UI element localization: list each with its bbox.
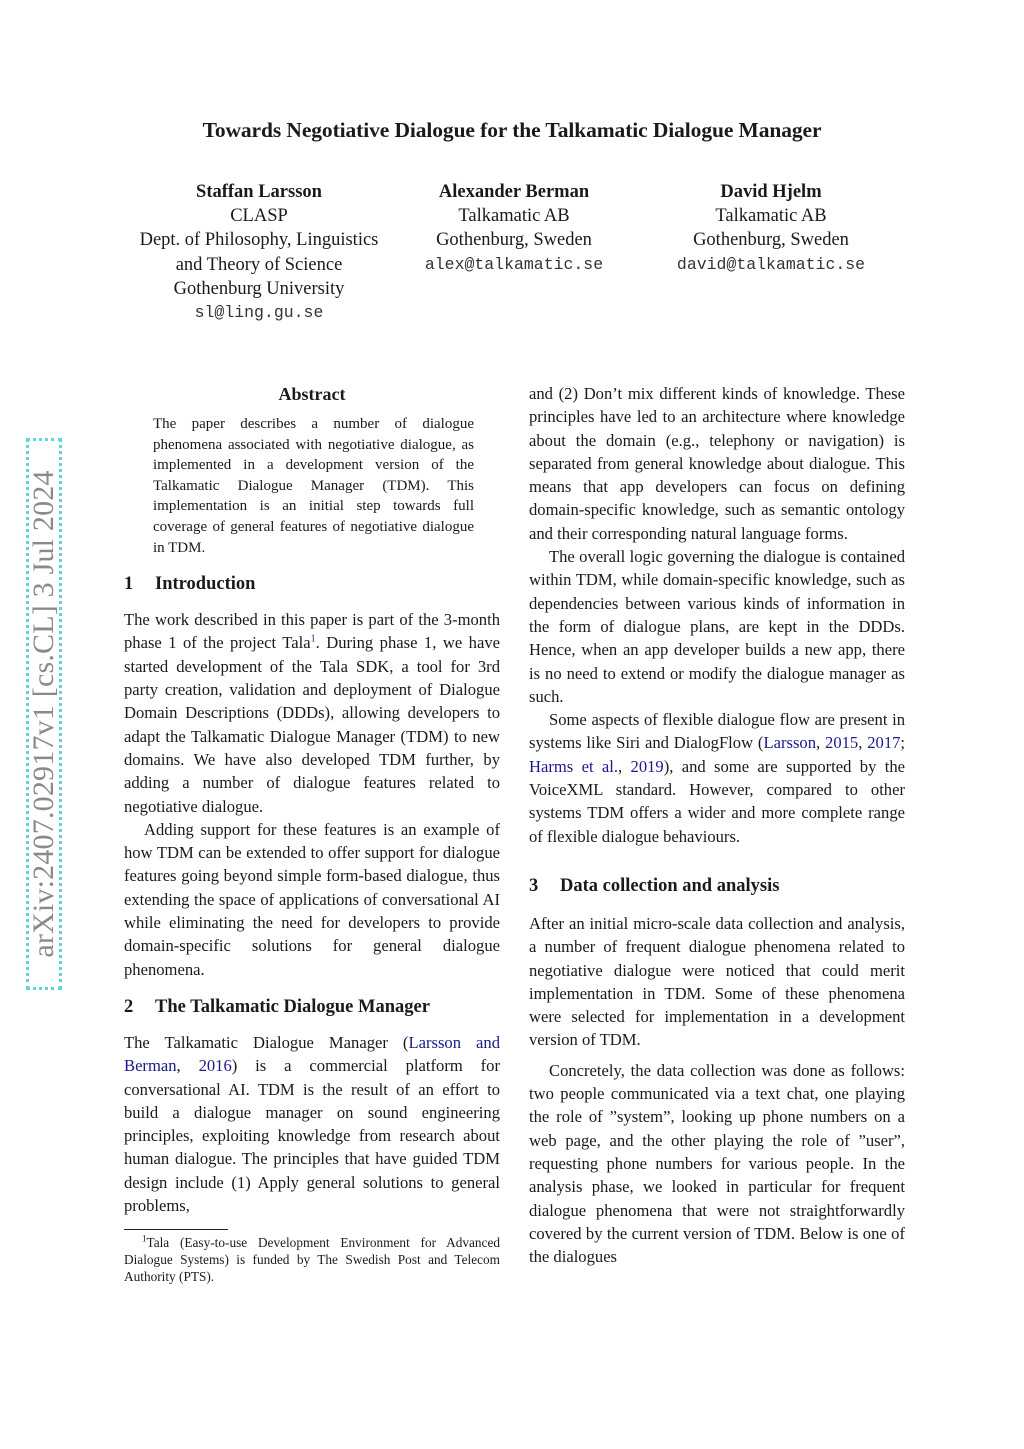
arxiv-identifier: arXiv:2407.02917v1 [cs.CL] 3 Jul 2024 [27, 470, 61, 957]
author-affiliation: Gothenburg, Sweden [400, 228, 628, 252]
section-title: Data collection and analysis [560, 876, 779, 896]
citation-link[interactable]: 2019 [631, 757, 664, 776]
section-heading-tdm: 2The Talkamatic Dialogue Manager [124, 995, 500, 1019]
author-affiliation: CLASP [118, 204, 400, 228]
abstract-heading: Abstract [124, 382, 500, 406]
author-affiliation: Gothenburg University [118, 277, 400, 301]
author-affiliation: and Theory of Science [118, 253, 400, 277]
author-name: David Hjelm [650, 180, 892, 204]
footnote-text: Tala (Easy-to-use Development Environmen… [124, 1235, 500, 1284]
section-number: 2 [124, 995, 155, 1019]
author-name: Staffan Larsson [118, 180, 400, 204]
author-name: Alexander Berman [400, 180, 628, 204]
paragraph-text: ) is a commercial platform for conversat… [124, 1056, 500, 1215]
citation-link[interactable]: Harms et al. [529, 757, 618, 776]
author-block: David Hjelm Talkamatic AB Gothenburg, Sw… [650, 180, 892, 277]
arxiv-stamp[interactable]: arXiv:2407.02917v1 [cs.CL] 3 Jul 2024 [26, 438, 62, 990]
author-email: sl@ling.gu.se [118, 301, 400, 325]
section-title: The Talkamatic Dialogue Manager [155, 997, 430, 1017]
left-column: Abstract The paper describes a number of… [124, 382, 500, 1286]
paragraph: The Talkamatic Dialogue Manager (Larsson… [124, 1031, 500, 1217]
section-number: 3 [529, 874, 560, 898]
author-affiliation: Dept. of Philosophy, Linguistics [118, 228, 400, 252]
paragraph-text: The Talkamatic Dialogue Manager ( [124, 1033, 408, 1052]
citation-link[interactable]: 2015 [825, 733, 858, 752]
footnote-divider [124, 1229, 228, 1230]
paragraph: Concretely, the data collection was done… [529, 1059, 905, 1269]
paragraph: Some aspects of flexible dialogue flow a… [529, 708, 905, 848]
author-email: alex@talkamatic.se [400, 253, 628, 277]
author-block: Alexander Berman Talkamatic AB Gothenbur… [400, 180, 628, 277]
author-affiliation: Talkamatic AB [400, 204, 628, 228]
author-block: Staffan Larsson CLASP Dept. of Philosoph… [118, 180, 400, 325]
paragraph: After an initial micro-scale data collec… [529, 912, 905, 1052]
paragraph: The work described in this paper is part… [124, 608, 500, 818]
citation-year: 2016 [199, 1056, 232, 1075]
abstract-text: The paper describes a number of dialogue… [153, 414, 474, 558]
section-number: 1 [124, 572, 155, 596]
footnote: 1Tala (Easy-to-use Development Environme… [124, 1235, 500, 1286]
citation-link[interactable]: 2017 [867, 733, 900, 752]
paragraph: Adding support for these features is an … [124, 818, 500, 981]
author-affiliation: Gothenburg, Sweden [650, 228, 892, 252]
author-email: david@talkamatic.se [650, 253, 892, 277]
section-heading-data-collection: 3Data collection and analysis [529, 874, 905, 898]
right-column: and (2) Don’t mix different kinds of kno… [529, 382, 905, 1268]
paragraph-text: . During phase 1, we have started develo… [124, 633, 500, 815]
paragraph: and (2) Don’t mix different kinds of kno… [529, 382, 905, 545]
citation-link[interactable]: Larsson [763, 733, 816, 752]
citation-separator: , [177, 1056, 199, 1075]
section-heading-introduction: 1Introduction [124, 572, 500, 596]
section-title: Introduction [155, 574, 255, 594]
paragraph: The overall logic governing the dialogue… [529, 545, 905, 708]
paper-title: Towards Negotiative Dialogue for the Tal… [0, 118, 1024, 143]
author-affiliation: Talkamatic AB [650, 204, 892, 228]
